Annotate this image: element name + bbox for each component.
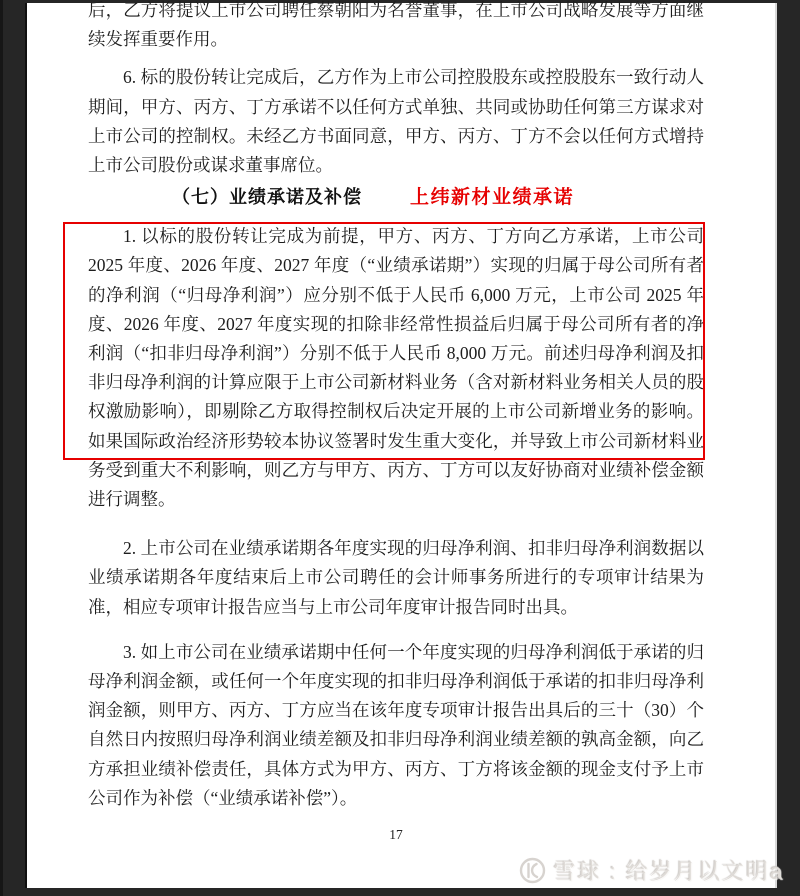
- paragraph-item-6: 6. 标的股份转让完成后，乙方作为上市公司控股股东或控股股东一致行动人期间，甲方…: [88, 63, 704, 180]
- page-number: 17: [88, 827, 704, 843]
- paragraph-item-3: 3. 如上市公司在业绩承诺期中任何一个年度实现的归母净利润低于承诺的归母净利润金…: [88, 638, 704, 813]
- paragraph-continuation: 后，乙方将提议上市公司聘任蔡朝阳为名誉董事，在上市公司战略发展等方面继续发挥重要…: [88, 0, 704, 54]
- annotation-label: 上纬新材业绩承诺: [410, 182, 574, 209]
- xueqiu-logo-icon: [519, 857, 546, 884]
- paragraph-item-2: 2. 上市公司在业绩承诺期各年度实现的归母净利润、扣非归母净利润数据以业绩承诺期…: [88, 534, 704, 622]
- screen-left-edge: [0, 0, 3, 896]
- app-background: { "page": { "number": "17" }, "document"…: [0, 0, 800, 896]
- watermark-text: 雪球 : 给岁月以文明a: [553, 855, 784, 886]
- paragraph-item-1: 1. 以标的股份转让完成为前提，甲方、丙方、丁方向乙方承诺，上市公司 2025 …: [88, 222, 704, 514]
- watermark: 雪球 : 给岁月以文明a: [519, 855, 784, 885]
- document-page: 后，乙方将提议上市公司聘任蔡朝阳为名誉董事，在上市公司战略发展等方面继续发挥重要…: [25, 3, 777, 888]
